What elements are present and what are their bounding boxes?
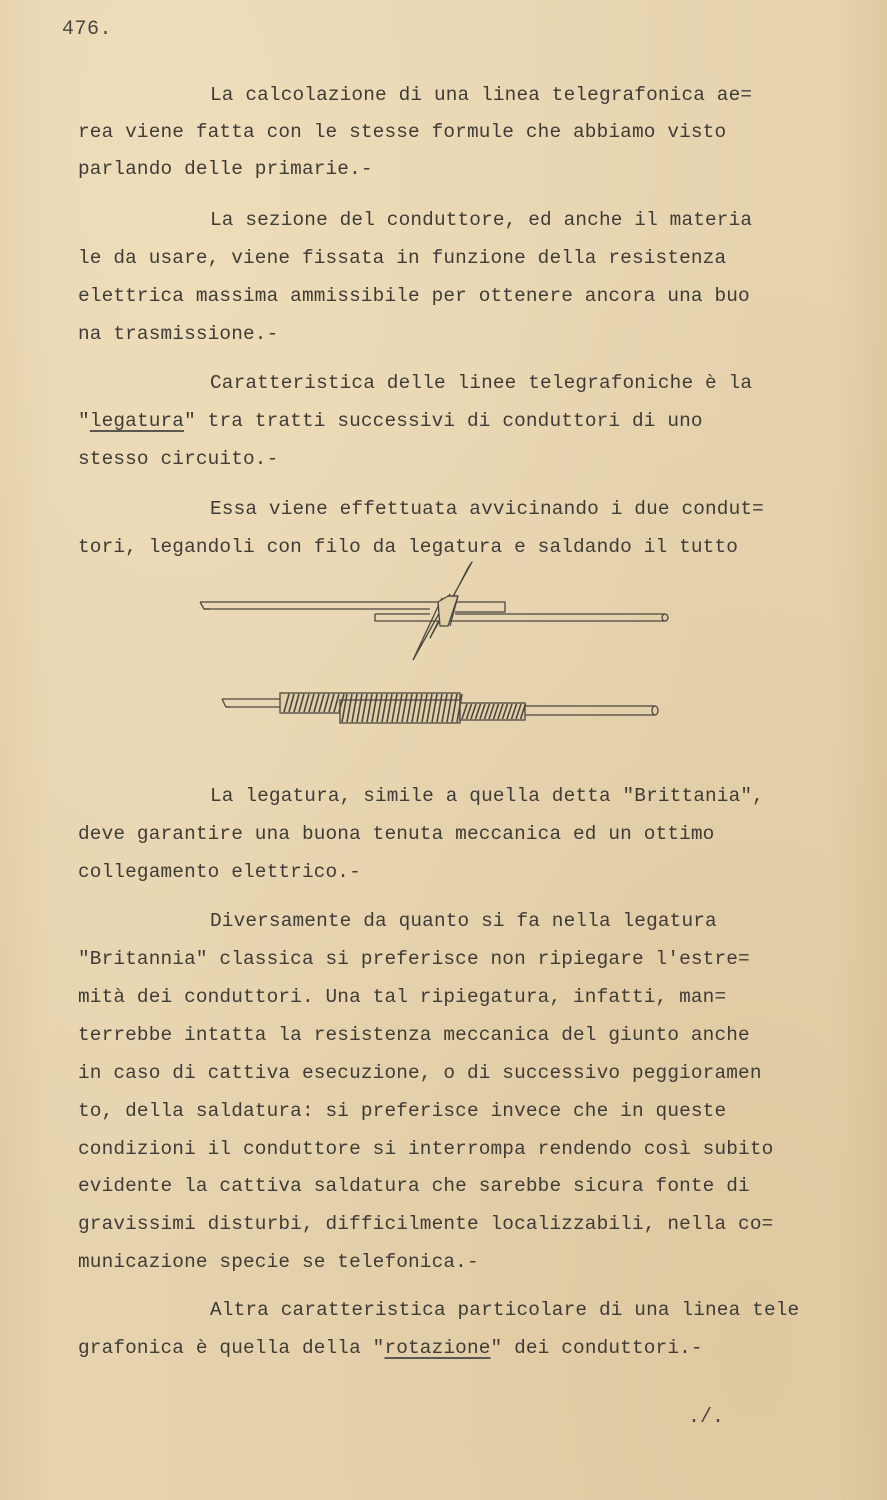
text-line: "Britannia" classica si preferisce non r… bbox=[78, 947, 750, 971]
underlined-term-rotazione: rotazione bbox=[384, 1337, 490, 1359]
text-line: condizioni il conduttore si interrompa r… bbox=[78, 1137, 773, 1161]
text-line: elettrica massima ammissibile per ottene… bbox=[78, 284, 750, 308]
text-line: La sezione del conduttore, ed anche il m… bbox=[210, 208, 752, 232]
text-line: Altra caratteristica particolare di una … bbox=[210, 1298, 799, 1322]
text-line: na trasmissione.- bbox=[78, 322, 278, 346]
text-line: stesso circuito.- bbox=[78, 447, 278, 471]
text-line: evidente la cattiva saldatura che sarebb… bbox=[78, 1174, 750, 1198]
text-line: in caso di cattiva esecuzione, o di succ… bbox=[78, 1061, 762, 1085]
text-line: terrebbe intatta la resistenza meccanica… bbox=[78, 1023, 750, 1047]
document-page: 476. La calcolazione di una linea telegr… bbox=[0, 0, 887, 1500]
text-line: mità dei conduttori. Una tal ripiegatura… bbox=[78, 985, 726, 1009]
text-line: La legatura, simile a quella detta "Brit… bbox=[210, 784, 764, 808]
text-line: Caratteristica delle linee telegrafonich… bbox=[210, 371, 752, 395]
text-segment: " bbox=[78, 410, 90, 432]
text-line: collegamento elettrico.- bbox=[78, 860, 361, 884]
text-line: rea viene fatta con le stesse formule ch… bbox=[78, 120, 726, 144]
text-line: parlando delle primarie.- bbox=[78, 157, 373, 181]
continuation-mark: ./. bbox=[688, 1406, 724, 1429]
page-number: 476. bbox=[62, 18, 112, 41]
text-line: La calcolazione di una linea telegrafoni… bbox=[210, 83, 752, 107]
text-line: gravissimi disturbi, difficilmente local… bbox=[78, 1212, 773, 1236]
text-line: to, della saldatura: si preferisce invec… bbox=[78, 1099, 726, 1123]
text-segment: grafonica è quella della " bbox=[78, 1337, 384, 1359]
text-line: "legatura" tra tratti successivi di cond… bbox=[78, 409, 703, 433]
text-line: Essa viene effettuata avvicinando i due … bbox=[210, 497, 764, 521]
underlined-term-legatura: legatura bbox=[90, 410, 184, 432]
text-line: municazione specie se telefonica.- bbox=[78, 1250, 479, 1274]
text-line: tori, legandoli con filo da legatura e s… bbox=[78, 535, 738, 559]
wire-binding-figure bbox=[190, 560, 690, 730]
text-line: deve garantire una buona tenuta meccanic… bbox=[78, 822, 714, 846]
text-segment: " tra tratti successivi di conduttori di… bbox=[184, 410, 703, 432]
text-line: Diversamente da quanto si fa nella legat… bbox=[210, 909, 717, 933]
wire-joint-diagram bbox=[190, 560, 690, 730]
text-segment: " dei conduttori.- bbox=[491, 1337, 703, 1359]
text-line: grafonica è quella della "rotazione" dei… bbox=[78, 1336, 703, 1360]
text-line: le da usare, viene fissata in funzione d… bbox=[78, 246, 726, 270]
